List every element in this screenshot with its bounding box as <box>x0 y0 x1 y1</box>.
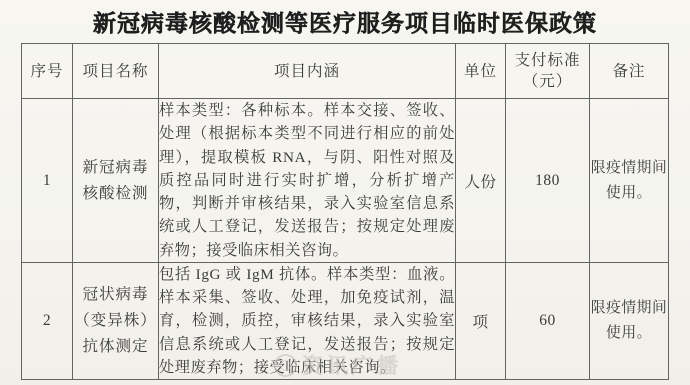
scanned-document-page: 新冠病毒核酸检测等医疗服务项目临时医保政策 序号 项目名称 项目内涵 单位 支付… <box>0 0 690 385</box>
row1-project-content: 样本类型：各种标本。样本交接、签收、处理（根据标本类型不同进行相应的前处理），提… <box>159 99 456 263</box>
header-project-content: 项目内涵 <box>159 44 456 99</box>
row2-project-content: 包括 IgG 或 IgM 抗体。样本类型：血液。样本采集、签收、处理，加免疫试剂… <box>159 263 456 380</box>
row2-unit: 项 <box>456 263 506 380</box>
header-seq: 序号 <box>22 44 73 99</box>
table-row: 2 冠状病毒 （变异株） 抗体测定 包括 IgG 或 IgM 抗体。样本类型：血… <box>22 263 669 380</box>
document-title: 新冠病毒核酸检测等医疗服务项目临时医保政策 <box>0 5 690 38</box>
policy-table: 序号 项目名称 项目内涵 单位 支付标准 （元） 备注 1 新冠病毒 核酸检测 … <box>21 43 669 380</box>
table-row: 1 新冠病毒 核酸检测 样本类型：各种标本。样本交接、签收、处理（根据标本类型不… <box>22 99 669 263</box>
row1-unit: 人份 <box>456 99 506 263</box>
table-header-row: 序号 项目名称 项目内涵 单位 支付标准 （元） 备注 <box>22 44 669 99</box>
row1-seq: 1 <box>22 99 73 263</box>
row2-project-name: 冠状病毒 （变异株） 抗体测定 <box>73 263 159 380</box>
header-payment-standard: 支付标准 （元） <box>506 44 590 99</box>
header-project-name: 项目名称 <box>73 44 159 99</box>
row1-payment-standard: 180 <box>506 99 590 263</box>
row1-note: 限疫情期间使用。 <box>590 99 669 263</box>
row1-project-name: 新冠病毒 核酸检测 <box>73 99 159 263</box>
header-note: 备注 <box>590 44 669 99</box>
row2-note: 限疫情期间使用。 <box>590 263 669 380</box>
row2-seq: 2 <box>22 263 73 380</box>
header-unit: 单位 <box>456 44 506 99</box>
row2-payment-standard: 60 <box>506 263 590 380</box>
